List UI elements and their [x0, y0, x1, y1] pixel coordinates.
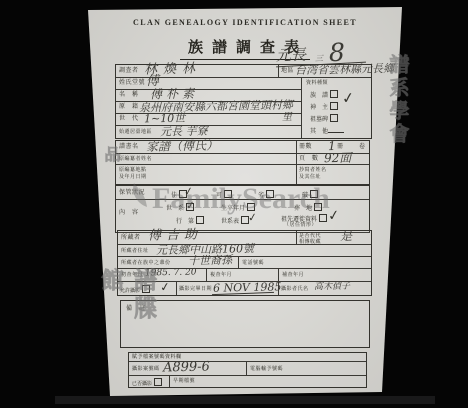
other-blank-line — [328, 126, 344, 133]
corner-place-handwriting: 元長 — [276, 48, 306, 64]
material-item: 祖墓碑 — [310, 114, 338, 123]
info-table: 調查者 林煥林 地區 台湾省雲林縣元長鄉 姓氏堂號 傅 名 稱 傅朴素 原 籍 … — [115, 64, 372, 139]
origin-overflow-handwriting: 里 — [282, 113, 292, 123]
cell-divider — [238, 256, 239, 268]
content-item: 世系表 — [221, 216, 249, 225]
generation-label: 世 代 — [119, 116, 139, 123]
settle-label: 始遷居臺地區 — [119, 129, 152, 135]
film-date-label: 攝影完畢日期 — [179, 286, 212, 292]
checkbox-icon — [196, 216, 204, 224]
inherit-handwriting: 是 — [340, 230, 352, 242]
origin-label: 原 籍 — [119, 104, 139, 111]
cell-divider — [206, 268, 207, 281]
filmed-item: 已否攝影 — [132, 378, 162, 387]
content-item-note: （居住情形） — [284, 222, 317, 228]
address-label: 所藏者住址 — [121, 248, 149, 254]
copyist-label-2: 及其住址 — [299, 174, 321, 180]
settle-row: 始遷居臺地區 元長 芋寮 — [116, 125, 301, 138]
holder-label: 所藏者 — [121, 235, 141, 242]
checkbox-icon — [330, 102, 338, 110]
watermark-leaf-icon — [130, 182, 150, 208]
pages-label: 頁 數 — [299, 156, 319, 163]
material-header: 資料種類 — [306, 80, 328, 86]
material-item: 族 譜 — [310, 90, 338, 99]
material-column: 資料種類 族 譜 神 主 祖墓碑 其 他 ✓ — [301, 77, 371, 138]
checkbox-icon — [330, 90, 338, 98]
watermark: FamilySearch — [130, 182, 330, 216]
cell-divider — [246, 361, 247, 375]
place-label-2: 及年月日期 — [119, 174, 147, 180]
checkbox-icon — [154, 378, 162, 386]
film-edge-strip — [55, 396, 435, 404]
form-title-zh: 族譜調查表 — [86, 36, 404, 57]
pages-handwriting: 92面 — [324, 152, 352, 165]
form-title-en: CLAN GENEALOGY IDENTIFICATION SHEET — [86, 18, 404, 27]
cell-divider — [296, 231, 297, 244]
checkbox-icon — [330, 114, 338, 122]
surname-handwriting: 傅 — [146, 75, 159, 88]
settle-handwriting: 元長 芋寮 — [160, 126, 208, 138]
computer-no-label: 電腦輸予號碼 — [250, 366, 283, 372]
copyist-label-1: 抄寫者姓名 — [299, 167, 327, 173]
check-mark: ✓ — [159, 280, 171, 293]
photographer-handwriting: 高木偵子 — [314, 283, 350, 293]
info-left-rows: 姓氏堂號 傅 名 稱 傅朴素 原 籍 泉州府南安縣六都宮園堂頭村鄉 世 代 1~… — [116, 77, 301, 138]
surname-label: 姓氏堂號 — [119, 80, 145, 87]
holder-handwriting: 傅吉助 — [148, 228, 202, 242]
corner-mark-handwriting: 三 — [315, 55, 323, 63]
cell-divider — [278, 268, 279, 281]
place-row: 原編纂地點 及年月日期 抄寫者姓名 及其住址 — [116, 164, 369, 184]
area-label: 地區 — [281, 68, 294, 75]
stamp-left-fragment: 品 — [100, 146, 123, 168]
area-handwriting: 台湾省雲林縣元長鄉 — [295, 63, 394, 76]
recheck-label: 複查年月 — [210, 272, 232, 278]
filing-box: 賦予檔案號碼資料欄 攝影案號碼 A899-6 電腦輸予號碼 已否攝影 早期檔號 — [128, 352, 367, 388]
rank-handwriting: 十世裔孫 — [188, 255, 232, 267]
generation-handwriting: 1~10世 — [144, 113, 185, 125]
book-table: 譜書名 家譜（傅氏） 冊數 1 冊 卷 原編纂者姓名 頁 數 92面 原編纂地點… — [115, 140, 370, 185]
surveyor-label: 調查者 — [119, 68, 139, 75]
film-no-label: 攝影案號碼 — [132, 366, 160, 372]
filing-header: 賦予檔案號碼資料欄 — [132, 354, 182, 360]
stamp-left-seal: 譜牒館 — [94, 268, 160, 348]
phone-label: 電話號碼 — [242, 260, 264, 266]
cell-divider — [176, 281, 177, 295]
rank-label: 所藏者在族中之輩份 — [121, 260, 171, 266]
compiler-label: 原編纂者姓名 — [119, 156, 152, 162]
corner-number-handwriting: 8 — [329, 40, 345, 65]
stamp-right-vertical: 譜系學會 — [384, 54, 413, 154]
content-item: 行 第 — [176, 216, 204, 225]
book-handwriting: 家譜（傅氏） — [146, 139, 218, 153]
material-item: 神 主 — [310, 102, 338, 111]
cell-divider — [169, 375, 170, 387]
supplement-label: 補查年月 — [282, 272, 304, 278]
name-handwriting: 傅朴素 — [150, 87, 198, 100]
name-label: 名 稱 — [119, 92, 139, 99]
place-label-1: 原編纂地點 — [119, 167, 147, 173]
cell-divider — [278, 281, 279, 295]
cell-divider — [278, 65, 279, 77]
volume-label: 冊數 — [299, 144, 312, 151]
film-no-handwriting: A899-6 — [163, 361, 210, 375]
material-item: 其 他 — [310, 126, 344, 135]
photographer-label: 攝影者氏名 — [281, 286, 309, 292]
filmed-row: 已否攝影 早期檔號 — [129, 375, 366, 387]
check-mark: ✓ — [341, 90, 356, 107]
scan-frame: CLAN GENEALOGY IDENTIFICATION SHEET 族譜調查… — [0, 0, 468, 408]
early-no-label: 早期檔號 — [173, 378, 195, 384]
volume-unit2: 卷 — [359, 144, 366, 151]
film-number-row: 攝影案號碼 A899-6 電腦輸予號碼 — [129, 361, 366, 376]
